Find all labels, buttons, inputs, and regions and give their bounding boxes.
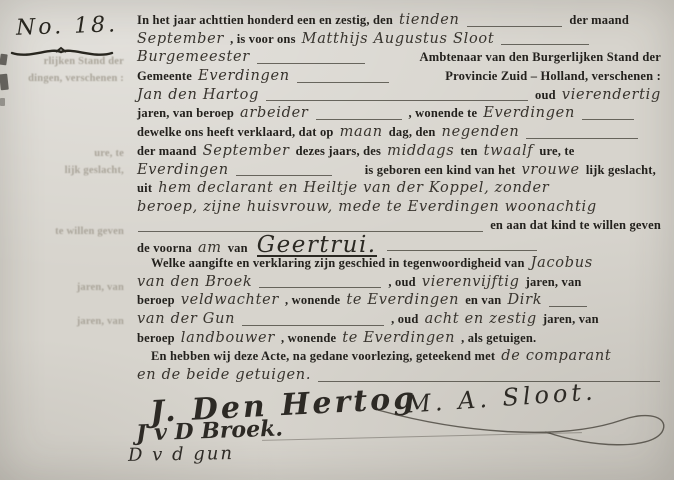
- signature-block: J. Den Hertog M. A. Sloot. J v D Broek. …: [134, 386, 668, 478]
- printed-text: , wonende te: [409, 106, 478, 121]
- document-line: de voornaamvanGeertrui.: [134, 236, 664, 255]
- handwritten-text: Matthijs Augustus Sloot: [302, 31, 495, 47]
- printed-text: lijk geslacht,: [586, 163, 656, 178]
- printed-text: van: [228, 241, 248, 256]
- printed-text: beroep: [137, 293, 175, 308]
- spacer: [635, 29, 661, 31]
- rule-line: [501, 42, 589, 45]
- printed-text: ten: [460, 144, 477, 159]
- printed-text: der maand: [569, 13, 629, 28]
- rule-line: [242, 323, 384, 326]
- bleedthrough-text: jaren, van: [6, 316, 124, 327]
- handwritten-text: Everdingen: [483, 105, 575, 121]
- printed-text: oud: [535, 88, 556, 103]
- handwritten-text: September: [203, 143, 290, 159]
- spacer: [396, 85, 439, 87]
- printed-text: , als getuigen.: [461, 331, 536, 346]
- printed-text: dezes jaars, des: [296, 144, 381, 159]
- printed-text: jaren, van beroep: [137, 106, 234, 121]
- printed-text: Welke aangifte en verklaring zijn geschi…: [151, 256, 525, 271]
- printed-text: is geboren een kind van het: [365, 163, 516, 178]
- document-line: van den Broek, oudvierenvijftigjaren, va…: [134, 274, 664, 293]
- handwritten-text: beroep, zijne huisvrouw, mede te Everdin…: [137, 199, 597, 215]
- document-line: September, is voor onsMatthijs Augustus …: [134, 31, 664, 50]
- binding-ink-mark: [0, 98, 5, 106]
- handwritten-text: Dirk: [507, 292, 542, 308]
- printed-text: , wonende: [285, 293, 340, 308]
- rule-line: [387, 248, 537, 251]
- printed-text: beroep: [137, 331, 175, 346]
- signature-witness2: D v d gun: [128, 443, 234, 466]
- scanned-document-page: No. 18. rlijken Stand der dingen, versch…: [0, 0, 674, 480]
- bleedthrough-text: ure, te: [6, 148, 124, 159]
- handwritten-text: te Everdingen: [342, 330, 455, 346]
- bleedthrough-text: dingen, verschenen :: [6, 73, 124, 84]
- handwritten-text: Everdingen: [137, 162, 229, 178]
- printed-text: Gemeente: [137, 69, 192, 84]
- signature-flourish-icon: [378, 402, 674, 458]
- printed-text: ure, te: [539, 144, 574, 159]
- rule-line: [257, 61, 365, 64]
- handwritten-text: te Everdingen: [346, 292, 459, 308]
- handwritten-text: Jan den Hartog: [137, 87, 259, 103]
- printed-text: Provincie Zuid – Holland, verschenen :: [445, 69, 661, 84]
- printed-text: en van: [465, 293, 501, 308]
- document-line: dewelke ons heeft verklaard, dat opmaand…: [134, 124, 664, 143]
- handwritten-text: hem declarant en Heiltje van der Koppel,…: [158, 180, 549, 196]
- printed-text: , oud: [388, 275, 415, 290]
- handwritten-text: de comparant: [501, 348, 611, 364]
- rule-line: [582, 117, 634, 120]
- document-line: Everdingenis geboren een kind van hetvro…: [134, 162, 664, 181]
- printed-text: , wonende: [281, 331, 336, 346]
- rule-line: [266, 98, 528, 101]
- handwritten-text: am: [198, 240, 222, 256]
- document-line: BurgemeesterAmbtenaar van den Burgerlijk…: [134, 49, 664, 68]
- bleedthrough-text: te willen geven: [6, 226, 124, 237]
- handwritten-text: veldwachter: [181, 292, 279, 308]
- printed-text: jaren, van: [526, 275, 582, 290]
- bleedthrough-text: jaren, van: [6, 282, 124, 293]
- handwritten-text: acht en zestig: [425, 311, 537, 327]
- printed-text: Ambtenaar van den Burgerlijken Stand der: [420, 50, 661, 65]
- bleedthrough-text: lijk geslacht,: [6, 165, 124, 176]
- act-number: No. 18.: [16, 12, 119, 41]
- handwritten-text: Jacobus: [531, 255, 593, 271]
- printed-text: uit: [137, 181, 152, 196]
- handwritten-text: van den Broek: [137, 274, 252, 290]
- printed-text: En hebben wij deze Acte, na gedane voorl…: [151, 349, 495, 364]
- handwritten-text: tienden: [399, 12, 460, 28]
- document-line: der maandSeptemberdezes jaars, desmiddag…: [134, 143, 664, 162]
- rule-line: [236, 173, 332, 176]
- document-line: Jan den Hartogoudvierendertig: [134, 87, 664, 106]
- document-line: jaren, van beroeparbeider, wonende teEve…: [134, 105, 664, 124]
- printed-text: , is voor ons: [230, 32, 296, 47]
- rule-line: [318, 379, 660, 382]
- rule-line: [259, 285, 381, 288]
- printed-text: , oud: [391, 312, 418, 327]
- rule-line: [467, 24, 563, 27]
- printed-text: en aan dat kind te willen geven: [490, 218, 661, 233]
- spacer: [372, 66, 414, 68]
- handwritten-text: middags: [387, 143, 454, 159]
- handwritten-text: vierenvijftig: [422, 274, 520, 290]
- printed-text: dag, den: [389, 125, 436, 140]
- printed-text: In het jaar achttien honderd een en zest…: [137, 13, 393, 28]
- rule-line: [526, 136, 638, 139]
- handwritten-text: maan: [340, 124, 383, 140]
- document-lines: In het jaar achttien honderd een en zest…: [134, 12, 664, 386]
- handwritten-text: September: [137, 31, 224, 47]
- signature-witness1: J v D Broek.: [136, 415, 284, 446]
- document-line: beroep, zijne huisvrouw, mede te Everdin…: [134, 199, 664, 218]
- document-line: van der Gun, oudacht en zestigjaren, van: [134, 311, 664, 330]
- document-line: beroepveldwachter, wonendete Everdingene…: [134, 292, 664, 311]
- document-line: En hebben wij deze Acte, na gedane voorl…: [134, 348, 664, 367]
- handwritten-text: twaalf: [484, 143, 534, 159]
- handwritten-name: Geertrui.: [257, 236, 377, 256]
- handwritten-text: Burgemeester: [137, 49, 250, 65]
- document-line: In het jaar achttien honderd een en zest…: [134, 12, 664, 31]
- handwritten-text: Everdingen: [198, 68, 290, 84]
- handwritten-text: vrouwe: [521, 162, 579, 178]
- handwritten-text: landbouwer: [181, 330, 275, 346]
- printed-text: de voorna: [137, 241, 192, 256]
- rule-line: [297, 80, 389, 83]
- printed-text: dewelke ons heeft verklaard, dat op: [137, 125, 334, 140]
- handwritten-text: negenden: [442, 124, 520, 140]
- document-line: en aan dat kind te willen geven: [134, 218, 664, 237]
- handwritten-text: en de beide getuigen.: [137, 367, 311, 383]
- rule-line: [316, 117, 402, 120]
- handwritten-text: vierendertig: [562, 87, 661, 103]
- handwritten-text: van der Gun: [137, 311, 235, 327]
- bleedthrough-text: rlijken Stand der: [6, 56, 124, 67]
- rule-line: [549, 304, 587, 307]
- handwritten-text: arbeider: [240, 105, 308, 121]
- document-line: beroeplandbouwer, wonendete Everdingen, …: [134, 330, 664, 349]
- printed-text: der maand: [137, 144, 197, 159]
- document-line: uithem declarant en Heiltje van der Kopp…: [134, 180, 664, 199]
- printed-text: jaren, van: [543, 312, 599, 327]
- document-line: Welke aangifte en verklaring zijn geschi…: [134, 255, 664, 274]
- document-line: GemeenteEverdingenProvincie Zuid – Holla…: [134, 68, 664, 87]
